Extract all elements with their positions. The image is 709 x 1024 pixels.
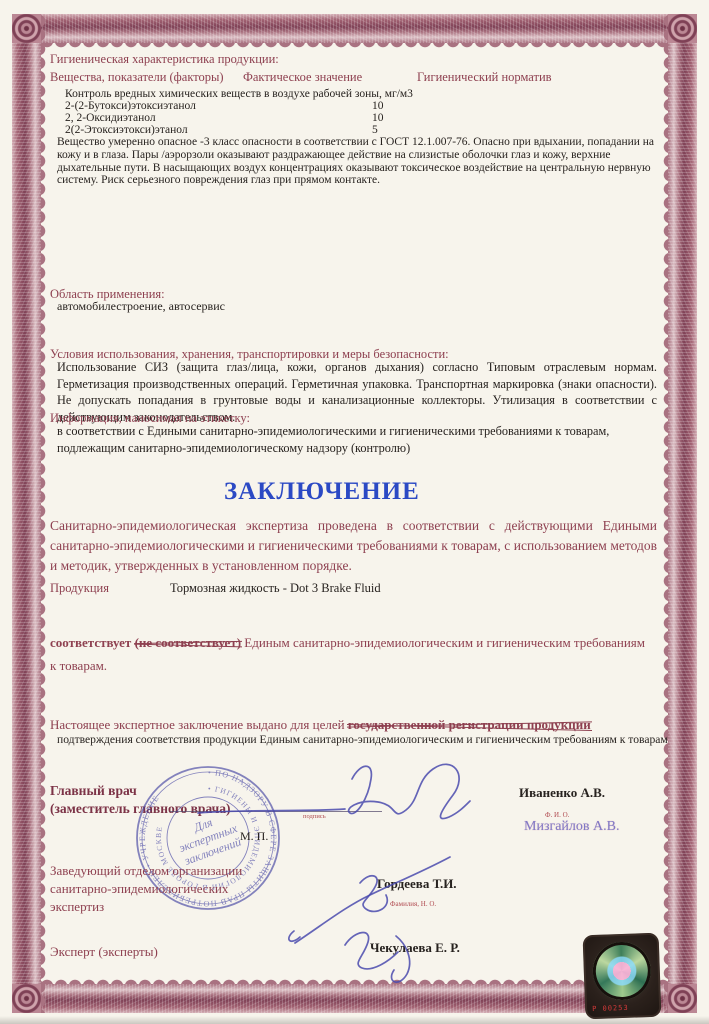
fio-caption: Ф. И. О. [545, 811, 569, 819]
substance-value: 10 [372, 100, 384, 112]
conformity-statement: соответствует (не соответствует) Единым … [50, 635, 645, 651]
label-info-value: в соответствии с Едиными санитарно-эпиде… [57, 423, 659, 456]
substance-name: 2(2-Этоксиэтокси)этанол [65, 124, 188, 136]
substance-value: 10 [372, 112, 384, 124]
border-left [12, 14, 41, 1013]
substance-value: 5 [372, 124, 378, 136]
hologram-seal: Р 00253 [583, 933, 662, 1020]
conforms-word: соответствует [50, 635, 131, 650]
head-dept-label: Заведующий отделом организации санитарно… [50, 862, 265, 916]
hygiene-standard-column-header: Гигиенический норматив [417, 70, 552, 85]
expert-label: Эксперт (эксперты) [50, 944, 158, 960]
table-row: 2(2-Этоксиэтокси)этанол 5 [65, 124, 625, 136]
stamped-name: Мизгайлов А.В. [524, 819, 619, 835]
head-dept-signature [260, 845, 470, 955]
control-group-row: Контроль вредных химических веществ в во… [65, 88, 413, 100]
state-registration-struck-text: государственной регистрации продукции [348, 717, 591, 733]
application-value: автомобилестроение, автосервис [57, 299, 225, 314]
substances-table: 2-(2-Бутокси)этоксиэтанол 10 2, 2-Оксиди… [65, 100, 625, 136]
certificate-page: Гигиеническая характеристика продукции: … [0, 0, 709, 1024]
hologram-serial: Р 00253 [592, 1004, 629, 1013]
expert-name: Чекулаева Е. Р. [370, 940, 460, 956]
not-conforms-struck-text: (не соответствует) [135, 635, 241, 651]
border-corner-rosette [12, 984, 41, 1013]
border-top [12, 14, 697, 43]
table-row: 2, 2-Оксидиэтанол 10 [65, 112, 625, 124]
issued-lead-text: Настоящее экспертное заключение выдано д… [50, 717, 348, 732]
product-value: Тормозная жидкость - Dot 3 Brake Fluid [170, 581, 381, 596]
chief-doctor-name: Иваненко А.В. [519, 785, 605, 801]
hazard-note: Вещество умеренно опасное -3 класс опасн… [57, 136, 659, 187]
substance-name: 2, 2-Оксидиэтанол [65, 112, 156, 124]
issued-purpose-text: подтверждения соответствия продукции Еди… [57, 733, 668, 746]
border-corner-rosette [668, 14, 697, 43]
familia-caption: Фамилия, Н. О. [390, 900, 436, 908]
stamp-place-label: М. П. [240, 829, 268, 844]
chief-doctor-label: Главный врач [50, 783, 137, 799]
conclusion-paragraph: Санитарно-эпидемиологическая экспертиза … [50, 516, 657, 576]
product-label: Продукция [50, 581, 109, 596]
conformity-statement-rest: Единым санитарно-эпидемиологическим и ги… [241, 635, 645, 650]
hygiene-characteristics-header: Гигиеническая характеристика продукции: [50, 52, 279, 67]
substance-name: 2-(2-Бутокси)этоксиэтанол [65, 100, 196, 112]
conclusion-title: ЗАКЛЮЧЕНИЕ [224, 478, 420, 506]
border-corner-rosette [12, 14, 41, 43]
issued-for-statement: Настоящее экспертное заключение выдано д… [50, 717, 591, 733]
hologram-emblem-icon [592, 941, 652, 1001]
signature-caption: подпись [303, 813, 326, 820]
border-right [668, 14, 697, 1013]
actual-value-column-header: Фактическое значение [243, 70, 362, 85]
substances-column-header: Вещества, показатели (факторы) [50, 70, 224, 85]
head-dept-name: Гордеева Т.И. [377, 876, 457, 892]
table-row: 2-(2-Бутокси)этоксиэтанол 10 [65, 100, 625, 112]
conformity-statement-line2: к товарам. [50, 658, 107, 674]
border-corner-rosette [668, 984, 697, 1013]
